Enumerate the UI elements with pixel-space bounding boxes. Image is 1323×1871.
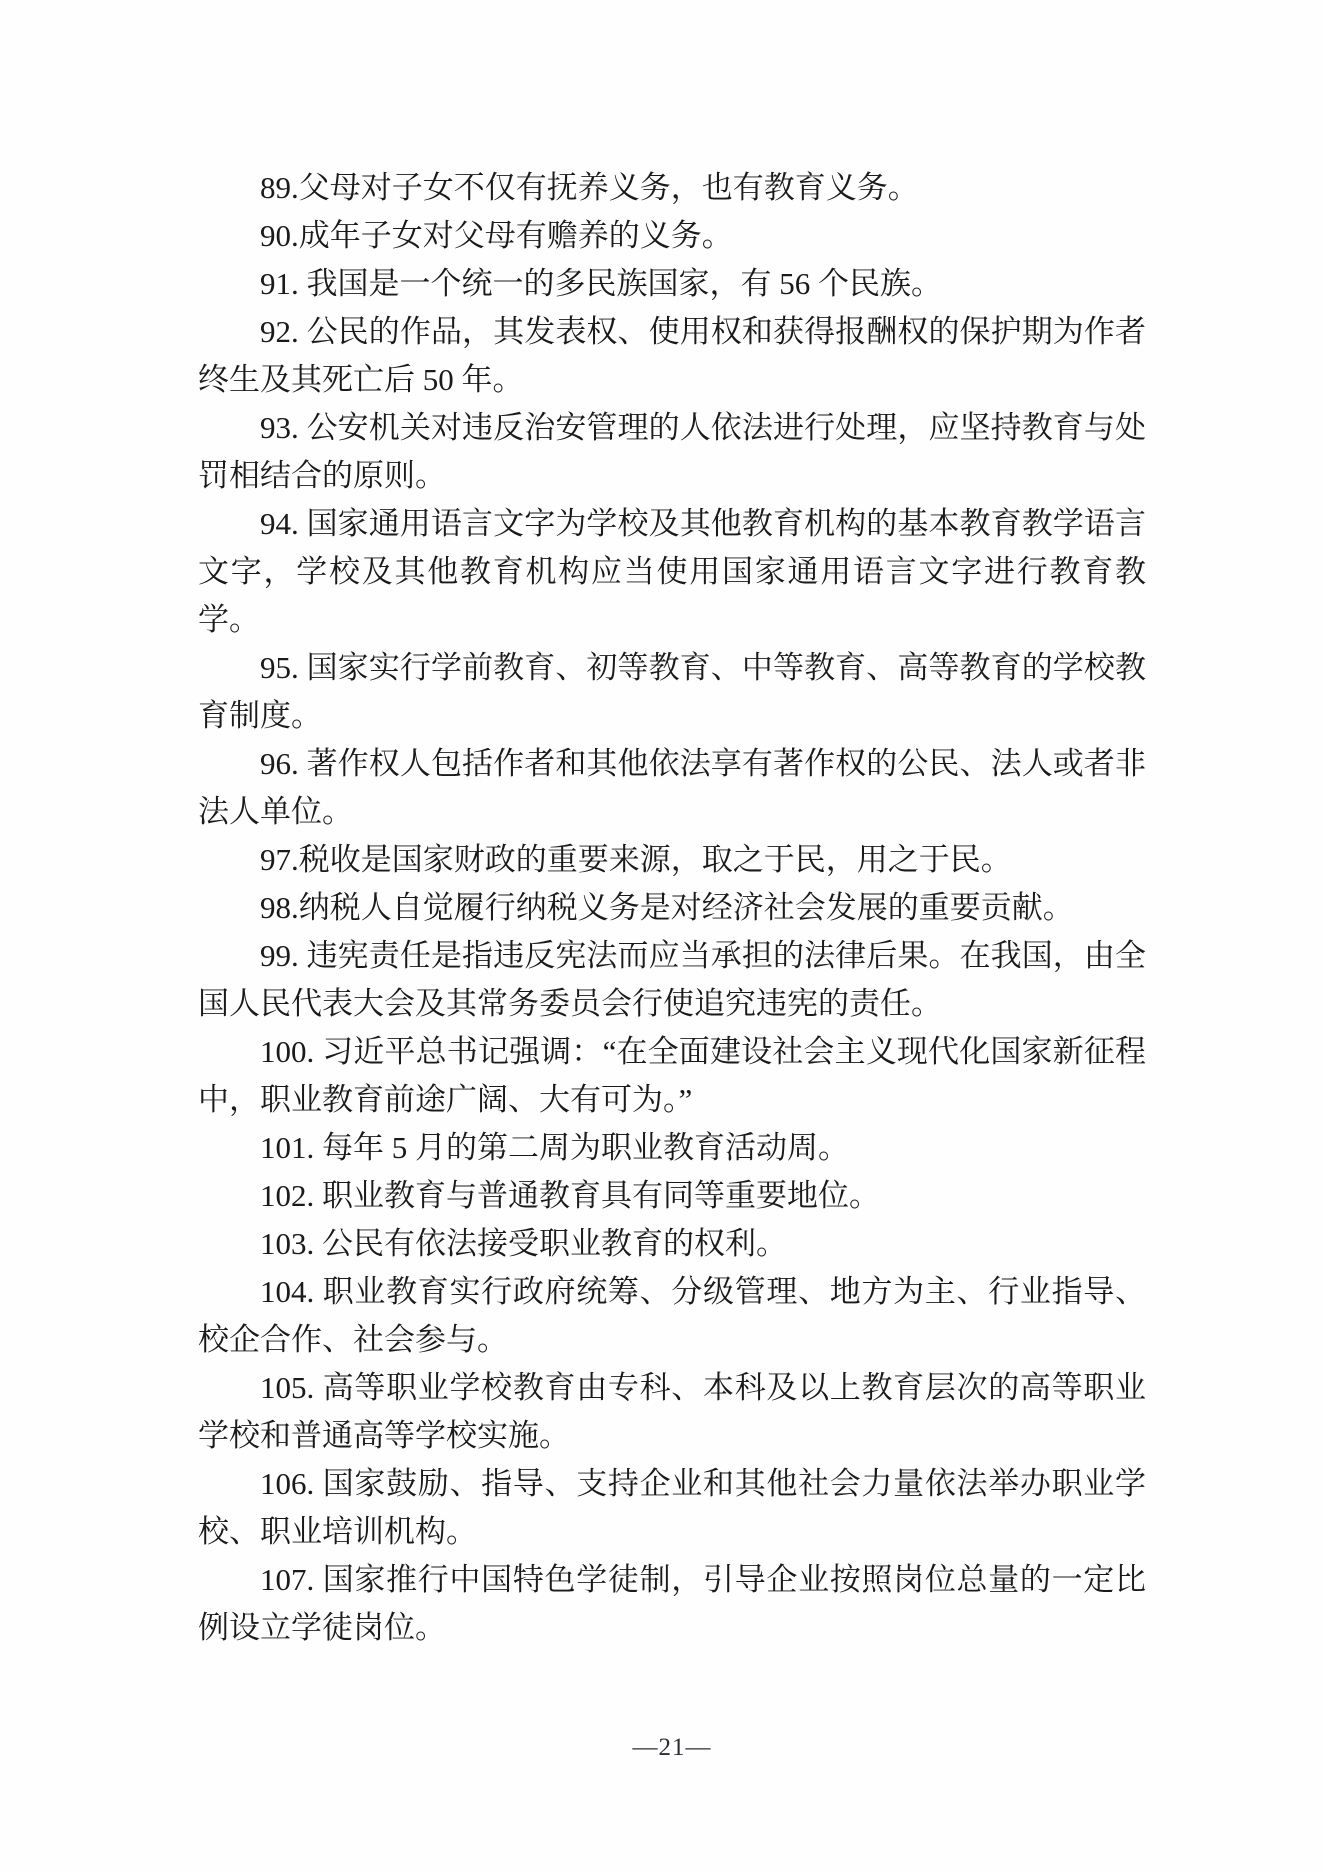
document-page: 89.父母对子女不仅有抚养义务，也有教育义务。 90.成年子女对父母有赡养的义务… [0, 0, 1323, 1871]
document-body: 89.父母对子女不仅有抚养义务，也有教育义务。 90.成年子女对父母有赡养的义务… [198, 164, 1146, 1652]
list-item-89: 89.父母对子女不仅有抚养义务，也有教育义务。 [198, 164, 1146, 212]
list-item-93: 93. 公安机关对违反治安管理的人依法进行处理，应坚持教育与处罚相结合的原则。 [198, 404, 1146, 500]
list-item-101: 101. 每年 5 月的第二周为职业教育活动周。 [198, 1124, 1146, 1172]
page-footer: —21— [198, 1724, 1146, 1772]
list-item-102: 102. 职业教育与普通教育具有同等重要地位。 [198, 1172, 1146, 1220]
list-item-106: 106. 国家鼓励、指导、支持企业和其他社会力量依法举办职业学校、职业培训机构。 [198, 1460, 1146, 1556]
list-item-90: 90.成年子女对父母有赡养的义务。 [198, 212, 1146, 260]
list-item-103: 103. 公民有依法接受职业教育的权利。 [198, 1220, 1146, 1268]
list-item-104: 104. 职业教育实行政府统筹、分级管理、地方为主、行业指导、校企合作、社会参与… [198, 1268, 1146, 1364]
list-item-107: 107. 国家推行中国特色学徒制，引导企业按照岗位总量的一定比例设立学徒岗位。 [198, 1556, 1146, 1652]
list-item-94: 94. 国家通用语言文字为学校及其他教育机构的基本教育教学语言文字，学校及其他教… [198, 500, 1146, 644]
list-item-99: 99. 违宪责任是指违反宪法而应当承担的法律后果。在我国，由全国人民代表大会及其… [198, 932, 1146, 1028]
page-number: —21— [633, 1734, 712, 1761]
list-item-105: 105. 高等职业学校教育由专科、本科及以上教育层次的高等职业学校和普通高等学校… [198, 1364, 1146, 1460]
list-item-100: 100. 习近平总书记强调：“在全面建设社会主义现代化国家新征程中，职业教育前途… [198, 1028, 1146, 1124]
list-item-95: 95. 国家实行学前教育、初等教育、中等教育、高等教育的学校教育制度。 [198, 644, 1146, 740]
list-item-96: 96. 著作权人包括作者和其他依法享有著作权的公民、法人或者非法人单位。 [198, 740, 1146, 836]
list-item-91: 91. 我国是一个统一的多民族国家，有 56 个民族。 [198, 260, 1146, 308]
list-item-97: 97.税收是国家财政的重要来源，取之于民，用之于民。 [198, 836, 1146, 884]
list-item-92: 92. 公民的作品，其发表权、使用权和获得报酬权的保护期为作者终生及其死亡后 5… [198, 308, 1146, 404]
list-item-98: 98.纳税人自觉履行纳税义务是对经济社会发展的重要贡献。 [198, 884, 1146, 932]
